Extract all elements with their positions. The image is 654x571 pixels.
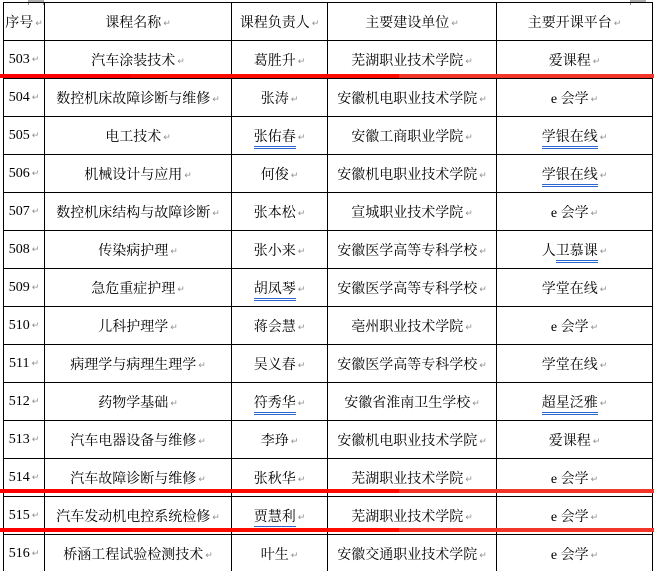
end-of-cell-mark-icon: ↵ [614, 19, 622, 29]
cell-serial-number: 503↵ [4, 41, 45, 79]
header-course-name: 课程名称↵ [45, 3, 232, 41]
cell-leader: 李琤↵ [232, 421, 328, 459]
end-of-cell-mark-icon: ↵ [593, 437, 601, 447]
cell-leader: 何俊↵ [232, 155, 328, 193]
header-org: 主要建设单位↵ [328, 3, 497, 41]
serial-number-text: 506 [9, 166, 30, 181]
cell-org: 亳州职业技术学院↵ [328, 307, 497, 345]
table-row: 512↵ 药物学基础↵ 符秀华↵ 安徽省淮南卫生学校↵ 超星泛雅↵ [4, 383, 653, 421]
org-name-text: 宣城职业技术学院 [351, 206, 463, 221]
end-of-cell-mark-icon: ↵ [591, 209, 599, 219]
end-of-cell-mark-icon: ↵ [298, 133, 306, 143]
cell-leader: 吴义春↵ [232, 345, 328, 383]
end-of-cell-mark-icon: ↵ [32, 511, 40, 521]
org-name-text: 安徽机电职业技术学院 [337, 168, 477, 183]
org-name-text: 安徽工商职业学院 [351, 130, 463, 145]
leader-name-text: 胡凤琴 [254, 282, 296, 301]
end-of-cell-mark-icon: ↵ [479, 171, 487, 181]
cell-course-name: 数控机床结构与故障诊断↵ [45, 193, 232, 231]
cell-org: 安徽机电职业技术学院↵ [328, 155, 497, 193]
platform-name-text: 学堂在线 [542, 282, 598, 297]
course-table: 序号↵ 课程名称↵ 课程负责人↵ 主要建设单位↵ 主要开课平台↵ 503↵ 汽车… [3, 2, 653, 571]
cell-org: 安徽医学高等专科学校↵ [328, 269, 497, 307]
cell-platform: e 会学↵ [497, 193, 653, 231]
end-of-cell-mark-icon: ↵ [465, 323, 473, 333]
platform-name-text: 爱课程 [549, 434, 591, 449]
table-row: 508↵ 传染病护理↵ 张小来↵ 安徽医学高等专科学校↵ 人卫慕课↵ [4, 231, 653, 269]
cell-leader: 胡凤琴↵ [232, 269, 328, 307]
leader-name-text: 张秋华 [254, 472, 296, 487]
end-of-cell-mark-icon: ↵ [312, 19, 320, 29]
serial-number-text: 503 [9, 52, 30, 67]
serial-number-text: 505 [9, 128, 30, 143]
course-name-text: 病理学与病理生理学 [70, 358, 196, 373]
cell-org: 安徽医学高等专科学校↵ [328, 231, 497, 269]
end-of-cell-mark-icon: ↵ [298, 57, 306, 67]
cell-course-name: 传染病护理↵ [45, 231, 232, 269]
course-name-text: 传染病护理 [98, 244, 168, 259]
end-of-cell-mark-icon: ↵ [177, 285, 185, 295]
cell-course-name: 儿科护理学↵ [45, 307, 232, 345]
cell-serial-number: 508↵ [4, 231, 45, 269]
cell-leader: 张小来↵ [232, 231, 328, 269]
end-of-cell-mark-icon: ↵ [32, 93, 40, 103]
table-row: 506↵ 机械设计与应用↵ 何俊↵ 安徽机电职业技术学院↵ 学银在线↵ [4, 155, 653, 193]
end-of-cell-mark-icon: ↵ [32, 207, 40, 217]
leader-name-text: 葛胜升 [254, 54, 296, 69]
platform-name-text: e 会学 [551, 92, 589, 107]
serial-number-text: 510 [9, 318, 30, 333]
cell-course-name: 药物学基础↵ [45, 383, 232, 421]
cell-platform: 学堂在线↵ [497, 269, 653, 307]
cell-serial-number: 506↵ [4, 155, 45, 193]
end-of-cell-mark-icon: ↵ [212, 513, 220, 523]
end-of-cell-mark-icon: ↵ [32, 131, 40, 141]
cell-serial-number: 511↵ [4, 345, 45, 383]
end-of-cell-mark-icon: ↵ [205, 551, 213, 561]
cell-platform: 爱课程↵ [497, 41, 653, 79]
end-of-cell-mark-icon: ↵ [600, 285, 608, 295]
leader-name-text: 叶生 [261, 548, 289, 563]
cell-leader: 张涛↵ [232, 79, 328, 117]
cell-leader: 叶生↵ [232, 535, 328, 571]
end-of-cell-mark-icon: ↵ [593, 57, 601, 67]
end-of-cell-mark-icon: ↵ [465, 57, 473, 67]
end-of-cell-mark-icon: ↵ [32, 245, 40, 255]
leader-name-text: 蒋会慧 [254, 320, 296, 335]
cell-serial-number: 513↵ [4, 421, 45, 459]
end-of-cell-mark-icon: ↵ [291, 551, 299, 561]
cell-platform: 学堂在线↵ [497, 345, 653, 383]
end-of-cell-mark-icon: ↵ [32, 397, 40, 407]
end-of-cell-mark-icon: ↵ [298, 399, 306, 409]
course-name-text: 急危重症护理 [91, 282, 175, 297]
course-name-text: 药物学基础 [98, 396, 168, 411]
end-of-cell-mark-icon: ↵ [291, 95, 299, 105]
leader-name-text: 张涛 [261, 92, 289, 107]
end-of-cell-mark-icon: ↵ [298, 513, 306, 523]
end-of-cell-mark-icon: ↵ [591, 551, 599, 561]
table-row: 505↵ 电工技术↵ 张佑春↵ 安徽工商职业学院↵ 学银在线↵ [4, 117, 653, 155]
cell-org: 安徽工商职业学院↵ [328, 117, 497, 155]
red-strike-line-under-row-515 [0, 528, 654, 532]
leader-name-text: 张本松 [254, 206, 296, 221]
end-of-cell-mark-icon: ↵ [472, 399, 480, 409]
end-of-cell-mark-icon: ↵ [198, 361, 206, 371]
end-of-cell-mark-icon: ↵ [212, 209, 220, 219]
serial-number-text: 512 [9, 394, 30, 409]
course-name-text: 数控机床故障诊断与维修 [56, 92, 210, 107]
org-name-text: 亳州职业技术学院 [351, 320, 463, 335]
end-of-cell-mark-icon: ↵ [212, 95, 220, 105]
end-of-cell-mark-icon: ↵ [35, 19, 43, 29]
cell-leader: 蒋会慧↵ [232, 307, 328, 345]
header-leader-label: 课程负责人 [240, 16, 310, 31]
org-name-text: 安徽医学高等专科学校 [337, 282, 477, 297]
table-row: 516↵ 桥涵工程试验检测技术↵ 叶生↵ 安徽交通职业技术学院↵ e 会学↵ [4, 535, 653, 571]
end-of-cell-mark-icon: ↵ [198, 437, 206, 447]
table-row: 510↵ 儿科护理学↵ 蒋会慧↵ 亳州职业技术学院↵ e 会学↵ [4, 307, 653, 345]
cell-org: 芜湖职业技术学院↵ [328, 41, 497, 79]
course-name-text: 儿科护理学 [98, 320, 168, 335]
table-row: 504↵ 数控机床故障诊断与维修↵ 张涛↵ 安徽机电职业技术学院↵ e 会学↵ [4, 79, 653, 117]
end-of-cell-mark-icon: ↵ [32, 169, 40, 179]
end-of-cell-mark-icon: ↵ [479, 285, 487, 295]
cell-serial-number: 512↵ [4, 383, 45, 421]
end-of-cell-mark-icon: ↵ [291, 437, 299, 447]
course-name-text: 电工技术 [105, 130, 161, 145]
leader-name-text: 符秀华 [254, 396, 296, 415]
end-of-cell-mark-icon: ↵ [465, 513, 473, 523]
cell-serial-number: 504↵ [4, 79, 45, 117]
org-name-text: 芜湖职业技术学院 [351, 54, 463, 69]
end-of-cell-mark-icon: ↵ [591, 513, 599, 523]
platform-name-text: 学堂在线 [542, 358, 598, 373]
leader-name-text: 李琤 [261, 434, 289, 449]
serial-number-text: 504 [9, 90, 30, 105]
org-name-text: 安徽医学高等专科学校 [337, 244, 477, 259]
end-of-cell-mark-icon: ↵ [32, 321, 40, 331]
cell-org: 安徽机电职业技术学院↵ [328, 79, 497, 117]
cell-course-name: 病理学与病理生理学↵ [45, 345, 232, 383]
serial-number-text: 509 [9, 280, 30, 295]
cell-serial-number: 509↵ [4, 269, 45, 307]
end-of-cell-mark-icon: ↵ [298, 247, 306, 257]
end-of-cell-mark-icon: ↵ [298, 285, 306, 295]
table-row: 509↵ 急危重症护理↵ 胡凤琴↵ 安徽医学高等专科学校↵ 学堂在线↵ [4, 269, 653, 307]
leader-name-text: 吴义春 [254, 358, 296, 373]
end-of-cell-mark-icon: ↵ [170, 399, 178, 409]
leader-name-text: 张佑春 [254, 130, 296, 149]
end-of-cell-mark-icon: ↵ [465, 475, 473, 485]
cell-leader: 张佑春↵ [232, 117, 328, 155]
org-name-text: 安徽机电职业技术学院 [337, 92, 477, 107]
course-name-text: 桥涵工程试验检测技术 [63, 548, 203, 563]
end-of-cell-mark-icon: ↵ [298, 475, 306, 485]
cell-leader: 张本松↵ [232, 193, 328, 231]
course-name-text: 汽车发动机电控系统检修 [56, 510, 210, 525]
end-of-cell-mark-icon: ↵ [298, 323, 306, 333]
cell-platform: e 会学↵ [497, 307, 653, 345]
cell-serial-number: 505↵ [4, 117, 45, 155]
platform-name-text: 卫慕课 [556, 244, 598, 263]
end-of-cell-mark-icon: ↵ [591, 323, 599, 333]
serial-number-text: 511 [9, 356, 29, 371]
cell-org: 宣城职业技术学院↵ [328, 193, 497, 231]
header-serial-label: 序号 [5, 16, 33, 31]
leader-name-text: 何俊 [261, 168, 289, 183]
table-row: 513↵ 汽车电器设备与维修↵ 李琤↵ 安徽机电职业技术学院↵ 爱课程↵ [4, 421, 653, 459]
serial-number-text: 516 [9, 546, 30, 561]
red-strike-line-under-row-514 [0, 489, 654, 493]
end-of-cell-mark-icon: ↵ [451, 19, 459, 29]
cell-course-name: 机械设计与应用↵ [45, 155, 232, 193]
header-org-label: 主要建设单位 [365, 16, 449, 31]
end-of-cell-mark-icon: ↵ [465, 133, 473, 143]
cell-platform: e 会学↵ [497, 79, 653, 117]
header-leader: 课程负责人↵ [232, 3, 328, 41]
course-name-text: 汽车故障诊断与维修 [70, 472, 196, 487]
end-of-cell-mark-icon: ↵ [184, 171, 192, 181]
serial-number-text: 507 [9, 204, 30, 219]
cell-course-name: 电工技术↵ [45, 117, 232, 155]
end-of-cell-mark-icon: ↵ [479, 437, 487, 447]
end-of-cell-mark-icon: ↵ [163, 133, 171, 143]
end-of-cell-mark-icon: ↵ [291, 171, 299, 181]
platform-name-text: e 会学 [551, 206, 589, 221]
org-name-text: 芜湖职业技术学院 [351, 472, 463, 487]
end-of-cell-mark-icon: ↵ [479, 551, 487, 561]
platform-prefix-text: 人 [542, 244, 556, 259]
cell-platform: 学银在线↵ [497, 155, 653, 193]
header-platform-label: 主要开课平台 [528, 16, 612, 31]
cell-course-name: 桥涵工程试验检测技术↵ [45, 535, 232, 571]
cell-serial-number: 507↵ [4, 193, 45, 231]
serial-number-text: 513 [9, 432, 30, 447]
serial-number-text: 514 [9, 470, 30, 485]
cell-course-name: 汽车涂装技术↵ [45, 41, 232, 79]
end-of-cell-mark-icon: ↵ [479, 247, 487, 257]
cell-course-name: 汽车电器设备与维修↵ [45, 421, 232, 459]
platform-name-text: e 会学 [551, 548, 589, 563]
end-of-cell-mark-icon: ↵ [32, 473, 40, 483]
end-of-cell-mark-icon: ↵ [600, 133, 608, 143]
end-of-cell-mark-icon: ↵ [163, 19, 171, 29]
cell-leader: 符秀华↵ [232, 383, 328, 421]
header-course-label: 课程名称 [105, 16, 161, 31]
end-of-cell-mark-icon: ↵ [479, 95, 487, 105]
course-name-text: 汽车涂装技术 [91, 54, 175, 69]
leader-name-text: 张小来 [254, 244, 296, 259]
cell-serial-number: 516↵ [4, 535, 45, 571]
serial-number-text: 508 [9, 242, 30, 257]
end-of-cell-mark-icon: ↵ [170, 247, 178, 257]
cell-platform: 人卫慕课↵ [497, 231, 653, 269]
end-of-cell-mark-icon: ↵ [600, 361, 608, 371]
header-platform: 主要开课平台↵ [497, 3, 653, 41]
platform-name-text: e 会学 [551, 472, 589, 487]
end-of-cell-mark-icon: ↵ [600, 247, 608, 257]
red-strike-line-under-row-503 [0, 74, 654, 78]
table-header-row: 序号↵ 课程名称↵ 课程负责人↵ 主要建设单位↵ 主要开课平台↵ [4, 3, 653, 41]
table-row: 507↵ 数控机床结构与故障诊断↵ 张本松↵ 宣城职业技术学院↵ e 会学↵ [4, 193, 653, 231]
end-of-cell-mark-icon: ↵ [298, 361, 306, 371]
cell-serial-number: 510↵ [4, 307, 45, 345]
end-of-cell-mark-icon: ↵ [600, 399, 608, 409]
end-of-cell-mark-icon: ↵ [591, 475, 599, 485]
platform-name-text: 爱课程 [549, 54, 591, 69]
end-of-cell-mark-icon: ↵ [177, 57, 185, 67]
cell-platform: 爱课程↵ [497, 421, 653, 459]
document-page: 序号↵ 课程名称↵ 课程负责人↵ 主要建设单位↵ 主要开课平台↵ 503↵ 汽车… [0, 0, 654, 571]
end-of-cell-mark-icon: ↵ [465, 209, 473, 219]
end-of-cell-mark-icon: ↵ [600, 171, 608, 181]
cell-leader: 葛胜升↵ [232, 41, 328, 79]
org-name-text: 安徽医学高等专科学校 [337, 358, 477, 373]
org-name-text: 安徽交通职业技术学院 [337, 548, 477, 563]
cell-platform: 学银在线↵ [497, 117, 653, 155]
platform-name-text: e 会学 [551, 510, 589, 525]
cell-org: 安徽交通职业技术学院↵ [328, 535, 497, 571]
cell-org: 安徽医学高等专科学校↵ [328, 345, 497, 383]
course-name-text: 数控机床结构与故障诊断 [56, 206, 210, 221]
org-name-text: 安徽省淮南卫生学校 [344, 396, 470, 411]
end-of-cell-mark-icon: ↵ [591, 95, 599, 105]
table-row: 503↵ 汽车涂装技术↵ 葛胜升↵ 芜湖职业技术学院↵ 爱课程↵ [4, 41, 653, 79]
platform-name-text: 超星泛雅 [542, 396, 598, 415]
org-name-text: 芜湖职业技术学院 [351, 510, 463, 525]
cell-course-name: 数控机床故障诊断与维修↵ [45, 79, 232, 117]
end-of-cell-mark-icon: ↵ [298, 209, 306, 219]
serial-number-text: 515 [9, 508, 30, 523]
end-of-cell-mark-icon: ↵ [32, 283, 40, 293]
end-of-cell-mark-icon: ↵ [170, 323, 178, 333]
leader-name-text: 贾慧利 [254, 510, 296, 529]
cell-org: 安徽机电职业技术学院↵ [328, 421, 497, 459]
table-row: 511↵ 病理学与病理生理学↵ 吴义春↵ 安徽医学高等专科学校↵ 学堂在线↵ [4, 345, 653, 383]
end-of-cell-mark-icon: ↵ [32, 55, 40, 65]
end-of-cell-mark-icon: ↵ [31, 359, 39, 369]
cell-org: 安徽省淮南卫生学校↵ [328, 383, 497, 421]
end-of-cell-mark-icon: ↵ [198, 475, 206, 485]
end-of-cell-mark-icon: ↵ [479, 361, 487, 371]
platform-name-text: e 会学 [551, 320, 589, 335]
cell-course-name: 急危重症护理↵ [45, 269, 232, 307]
course-name-text: 汽车电器设备与维修 [70, 434, 196, 449]
header-serial: 序号↵ [4, 3, 45, 41]
cell-platform: e 会学↵ [497, 535, 653, 571]
cell-platform: 超星泛雅↵ [497, 383, 653, 421]
course-name-text: 机械设计与应用 [84, 168, 182, 183]
platform-name-text: 学银在线 [542, 168, 598, 187]
end-of-cell-mark-icon: ↵ [32, 435, 40, 445]
org-name-text: 安徽机电职业技术学院 [337, 434, 477, 449]
platform-name-text: 学银在线 [542, 130, 598, 149]
end-of-cell-mark-icon: ↵ [32, 549, 40, 559]
